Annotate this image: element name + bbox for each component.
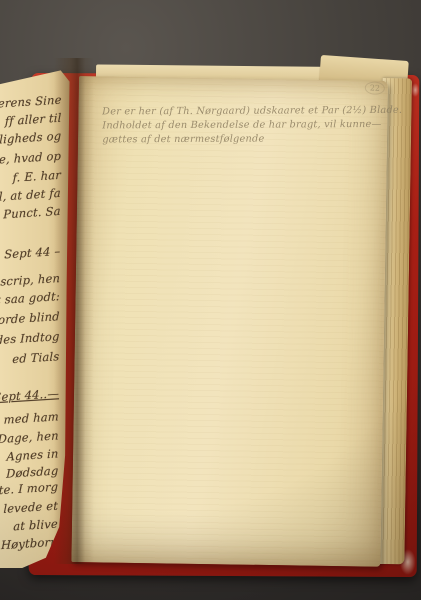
right-manuscript-page: 22 Der er her (af Th. Nørgaard) udskaare…: [71, 76, 388, 567]
manuscript-line: endes Indtog: [0, 329, 60, 348]
photo-of-open-notebook: Malerens Sine ff aller til møjeligheds o…: [0, 0, 421, 600]
manuscript-line: ødese, hvad op: [0, 149, 61, 169]
manuscript-line: t gjorde blind: [0, 309, 60, 328]
manuscript-line: t saa godt:: [0, 289, 60, 307]
manuscript-line: levede et: [3, 499, 58, 516]
manuscript-line: Dødsdag: [6, 463, 58, 480]
manuscript-line: ff aller til: [5, 111, 62, 128]
manuscript-date-line: Sept 44 –: [4, 244, 60, 261]
manuscript-line: til, at det fa: [0, 186, 61, 204]
manuscript-line: Malerens Sine: [0, 93, 62, 112]
manuscript-line: med ham: [4, 409, 59, 426]
manuscript-date-line: 9 Sept 44..—: [0, 386, 59, 405]
pencil-note-line: Indholdet af den Bekendelse de har bragt…: [102, 118, 392, 134]
pencil-annotation: Der er her (af Th. Nørgaard) udskaaret e…: [102, 104, 392, 148]
manuscript-line: meste. I morg: [0, 480, 58, 499]
manuscript-line: Agnes in: [6, 446, 58, 463]
pencil-note-line: Der er her (af Th. Nørgaard) udskaaret e…: [102, 104, 392, 120]
penciled-page-number: 22: [364, 81, 385, 95]
manuscript-line: ed Tials: [12, 349, 59, 366]
manuscript-line: møjeligheds og: [0, 129, 61, 149]
manuscript-line: f. E. har: [13, 168, 61, 185]
manuscript-line: enescrip, hen: [0, 271, 60, 290]
manuscript-line: at blive: [13, 517, 58, 534]
manuscript-line: Punct. Sa: [3, 204, 60, 222]
pencil-note-line: gættes af det nærmestfølgende: [102, 132, 392, 148]
manuscript-line: Dage, hen: [0, 428, 59, 446]
left-page-handwriting: Malerens Sine ff aller til møjeligheds o…: [0, 56, 70, 577]
cover-wear-spot: [411, 83, 419, 97]
